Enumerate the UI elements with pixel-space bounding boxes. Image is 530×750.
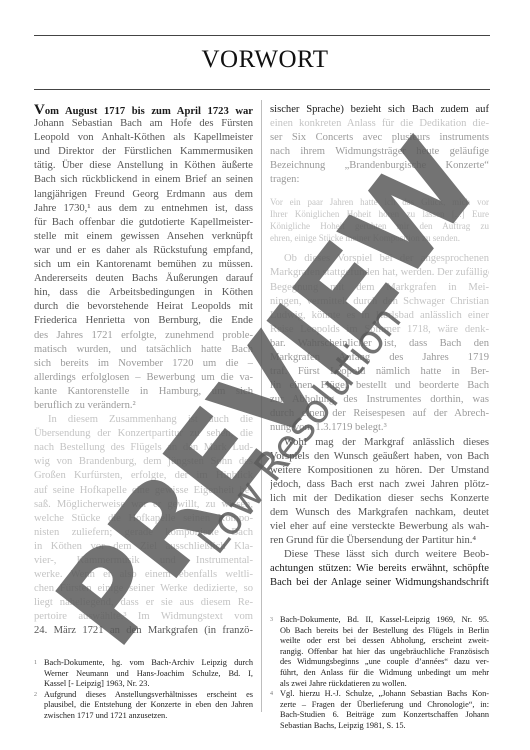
text-line: sich bereits im November 1720 um die – — [34, 357, 253, 371]
text-line: welche Stücke die Hofkapelle seinen Komp… — [34, 512, 253, 526]
top-rule — [34, 35, 490, 36]
text-line: Markgrafen Anfang des Jahres 1719 — [270, 351, 489, 365]
text-line: Übersendung der Konzertpartitur zu sehen… — [34, 427, 253, 441]
right-column-body: Ob dieses Vorspiel bei der angesprochene… — [270, 252, 489, 590]
text-line: Begegnung mit dem Markgrafen in Mei- — [270, 281, 489, 295]
line-text: ehren, einige Stücke meiner Komposition … — [270, 233, 460, 243]
text-line: in Köthen vor dem Ziel ausschließlich Kl… — [34, 540, 253, 554]
text-line: nung vom 1.3.1719 belegt.³ — [270, 421, 489, 435]
text-line: nisten zuliefern; gerade komponierte Bac… — [34, 526, 253, 540]
text-line: pertoire auswählte.³ Im Widmungstext vom — [34, 610, 253, 624]
text-line: durch einen der Reisespesen auf der Abre… — [270, 407, 489, 421]
footnote-line: zerte – Fragen der Überlieferung und Chr… — [280, 700, 489, 711]
text-line: Markgrafen stattgefunden hat, werden. De… — [270, 266, 489, 280]
line-text: viel eher auf eine versteckte Bewerbung … — [270, 521, 489, 532]
text-line: Ihrer Königlichen Hoheit hören zu lassen… — [270, 208, 489, 220]
text-line: zur Abholung des Instrumentes dorthin, w… — [270, 393, 489, 407]
line-text: Jahre 1730,¹ aus dem zu entnehmen ist, d… — [34, 203, 253, 214]
line-text: Ob dieses Vorspiel bei der angesprochene… — [284, 253, 489, 264]
line-text: zur Abholung des Instrumentes dorthin, w… — [270, 394, 489, 405]
line-text: Reise Leopolds im Sommer 1718, wäre denk… — [270, 324, 489, 335]
line-text: durch die bevorstehende Heirat Leopolds … — [34, 301, 253, 312]
line-text: für Bach offenbar die gutdotierte Kapell… — [34, 217, 253, 228]
text-line: Jahre 1730,¹ aus dem zu entnehmen ist, d… — [34, 202, 253, 216]
text-line: Reise Leopolds im Sommer 1718, wäre denk… — [270, 323, 489, 337]
text-line: bar. Wahrscheinlicher ist, dass Bach den — [270, 337, 489, 351]
left-column-body: Vom August 1717 bis zum April 1723 warJo… — [34, 103, 253, 639]
line-text: Friederica Henrietta von Bernburg, die E… — [34, 315, 253, 326]
line-text: ren Grund für die Übersendung der Partit… — [270, 535, 476, 546]
text-line: ningen, vermittelt durch den Schwager Ch… — [270, 295, 489, 309]
line-text: wig von Brandenburg, dem jüngsten Sohn d… — [34, 456, 253, 467]
text-line: durch die bevorstehende Heirat Leopolds … — [34, 300, 253, 314]
line-text: auf seine Hofkapelle eine gewisse Eigenh… — [34, 485, 253, 496]
line-text: chen Fürsten einige seiner Werke dedizie… — [34, 583, 253, 594]
text-line: war und er es daher als Rückstufung empf… — [34, 244, 253, 258]
text-line: achtungen stützen: Wie bereits erwähnt, … — [270, 562, 489, 576]
text-line: viel eher auf eine versteckte Bewerbung … — [270, 520, 489, 534]
line-text: tätig. Über diese Anstellung in Köthen ä… — [34, 160, 253, 171]
line-text: kante Kantorenstelle in Hamburg, um sich — [34, 386, 253, 397]
text-line: beruflich zu verändern.² — [34, 399, 253, 413]
right-column: sischer Sprache) bezieht sich Bach zudem… — [270, 103, 489, 591]
title-bottom-rule — [34, 89, 490, 90]
line-text: nung vom 1.3.1719 belegt.³ — [270, 422, 387, 433]
line-text: einen konkreten Anlass für die Dedikatio… — [270, 118, 489, 129]
text-line: traf. Fürst Leopold nämlich hatte in Ber… — [270, 365, 489, 379]
footnote-line: Bach-Studien 6. Beiträge zum Konzertscha… — [280, 710, 489, 721]
block-quote: Vor ein paar Jahren hatte ich das Glück,… — [270, 196, 489, 245]
line-text: nach ihrem Widmungsträger heute geläufig… — [270, 146, 489, 157]
text-line: auf seine Hofkapelle eine gewisse Eigenh… — [34, 484, 253, 498]
line-text: stelle mit einem gewissen Ansehen verknü… — [34, 231, 253, 242]
text-line: lich mit der Dedikation dieser sechs Kon… — [270, 492, 489, 506]
text-line: liegt naheliegend, dass er sie aus diese… — [34, 596, 253, 610]
line-text: war und er es daher als Rückstufung empf… — [34, 245, 253, 256]
footnote: 4Vgl. hierzu H.-J. Schulze, „Johann Seba… — [270, 689, 489, 731]
line-text: allerdings erfolglosen – Bewerbung um di… — [34, 372, 253, 383]
text-line: Andererseits deuten Bachs Äußerungen dar… — [34, 272, 253, 286]
text-line: und Direktor der Fürstlichen Kammermusik… — [34, 145, 253, 159]
text-line: dem Wunsch des Markgrafen nachkam, deute… — [270, 506, 489, 520]
footnote-line: als zwei Jahre rückdatieren zu wollen. — [280, 679, 489, 690]
line-text: nisten zuliefern; gerade komponierte Bac… — [34, 527, 253, 538]
line-text: und Direktor der Fürstlichen Kammermusik… — [34, 146, 253, 157]
line-text: Bach bei der Anlage seiner Widmungshands… — [270, 577, 489, 588]
line-text: des Jahres 1721 erfolgte, zunehmend prob… — [34, 330, 253, 341]
page-title: VORWORT — [0, 46, 530, 74]
text-line: wig von Brandenburg, dem jüngsten Sohn d… — [34, 455, 253, 469]
line-text: Großen Kurfürsten, erfolgte, der im Hinb… — [34, 470, 253, 481]
footnote-line: Vgl. hierzu H.-J. Schulze, „Johann Sebas… — [280, 689, 489, 700]
line-text: Ludwig, könnte es in Karlsbad anlässlich… — [270, 310, 489, 321]
text-line: weitere Kompositionen zu hören. Der Umst… — [270, 464, 489, 478]
text-line: ehren, einige Stücke meiner Komposition … — [270, 232, 489, 244]
line-text: Leopold von Anhalt-Köthen als Kapellmeis… — [34, 132, 253, 143]
line-text: vier-, Kammermusik und Instrumental- — [34, 555, 253, 566]
line-text: nach Bestellung des Flügels an den Mark … — [34, 442, 253, 453]
line-text: durch einen der Reisespesen auf der Abre… — [270, 408, 489, 419]
drop-cap: V — [34, 103, 45, 117]
line-text: werke. Wenn er also einem ebenfalls welt… — [34, 569, 253, 580]
text-line: chen Fürsten einige seiner Werke dedizie… — [34, 582, 253, 596]
line-text: lich mit der Dedikation dieser sechs Kon… — [270, 493, 489, 504]
text-line: nach ihrem Widmungsträger heute geläufig… — [270, 145, 489, 159]
text-line: Vom August 1717 bis zum April 1723 war — [34, 103, 253, 117]
text-line: Vorspiels den Wunsch geäußert haben, von… — [270, 450, 489, 464]
text-line: Leopold von Anhalt-Köthen als Kapellmeis… — [34, 131, 253, 145]
footnote: 2Aufgrund dieses Anstellungsverhältnisse… — [34, 690, 253, 722]
line-text: om August 1717 bis zum April 1723 war — [45, 106, 253, 117]
line-text: sich bereits im November 1720 um die – — [34, 358, 253, 369]
line-text: Andererseits deuten Bachs Äußerungen dar… — [34, 273, 253, 284]
line-text: achtungen stützen: Wie bereits erwähnt, … — [270, 563, 489, 574]
line-text: welche Stücke die Hofkapelle seinen Komp… — [34, 513, 253, 524]
text-line: Ob dieses Vorspiel bei der angesprochene… — [270, 252, 489, 266]
line-text: bar. Wahrscheinlicher ist, dass Bach den — [270, 338, 489, 349]
footnote-line: Kassel [- Leipzig] 1963, Nr. 23. — [44, 679, 253, 690]
footnote-line: Werner Neumann und Hans-Joachim Schulze,… — [44, 669, 253, 680]
footnote-number: 4 — [270, 689, 273, 700]
line-text: langjährigen Freund Georg Erdmann aus de… — [34, 189, 253, 200]
footnote-line: rangig. Offenbar hat hier das ungebräuch… — [280, 647, 489, 658]
line-text: Begegnung mit dem Markgrafen in Mei- — [270, 282, 489, 293]
text-line: hin, dass die Arbeitsbedingungen in Köth… — [34, 286, 253, 300]
text-line: Vor ein paar Jahren hatte ich das Glück,… — [270, 196, 489, 208]
footnote-line: Bach-Dokumente, hg. vom Bach-Archiv Leip… — [44, 658, 253, 669]
text-line: vier-, Kammermusik und Instrumental- — [34, 554, 253, 568]
line-text: dem Wunsch des Markgrafen nachkam, deute… — [270, 507, 489, 518]
text-line: ren Grund für die Übersendung der Partit… — [270, 534, 489, 548]
text-line: sischer Sprache) bezieht sich Bach zudem… — [270, 103, 489, 117]
text-line: Friederica Henrietta von Bernburg, die E… — [34, 314, 253, 328]
text-line: In diesem Zusammenhang ist auch die — [34, 413, 253, 427]
line-text: sich um ein Kantorenamt bemühen zu müsse… — [34, 259, 253, 270]
text-line: des Jahres 1721 erfolgte, zunehmend prob… — [34, 329, 253, 343]
footnote-line: Sebastian Bachs, Leipzig 1981, S. 15. — [280, 721, 489, 732]
line-text: liegt naheliegend, dass er sie aus diese… — [34, 597, 253, 608]
line-text: 24. März 1721 an den Markgrafen (in fran… — [34, 625, 253, 636]
text-line: Großen Kurfürsten, erfolgte, der im Hinb… — [34, 469, 253, 483]
line-text: pertoire auswählte.³ Im Widmungstext vom — [34, 611, 253, 622]
line-text: tragen: — [270, 174, 299, 185]
footnote: 1Bach-Dokumente, hg. vom Bach-Archiv Lei… — [34, 658, 253, 690]
footnote-line: Aufgrund dieses Anstellungsverhältnisses… — [44, 690, 253, 701]
line-text: Königliche Hoheit geruhten mir den Auftr… — [270, 221, 489, 231]
text-line: Königliche Hoheit geruhten mir den Auftr… — [270, 220, 489, 232]
line-text: beruflich zu verändern.² — [34, 400, 136, 411]
line-text: matisch wurden, und tatsächlich hatte Ba… — [34, 344, 253, 355]
right-footnotes: 3Bach-Dokumente, Bd. II, Kassel-Leipzig … — [270, 615, 489, 732]
line-text: lin einen Flügel bestellt und beorderte … — [270, 380, 489, 391]
text-line: langjährigen Freund Georg Erdmann aus de… — [34, 188, 253, 202]
text-line: sich um ein Kantorenamt bemühen zu müsse… — [34, 258, 253, 272]
footnote-line: weilte oder erst bei dessen Abholung, er… — [280, 636, 489, 647]
text-line: Ludwig, könnte es in Karlsbad anlässlich… — [270, 309, 489, 323]
line-text: Vorspiels den Wunsch geäußert haben, von… — [270, 451, 489, 462]
line-text: saß. Möglicherweise war er gewillt, zu w… — [34, 499, 253, 510]
line-text: Bach sich rückblickend in einem Brief an… — [34, 174, 253, 185]
text-line: einen konkreten Anlass für die Dedikatio… — [270, 117, 489, 131]
line-text: Ihrer Königlichen Hoheit hören zu lassen… — [270, 209, 489, 219]
text-line: Bach sich rückblickend in einem Brief an… — [34, 173, 253, 187]
text-line: tätig. Über diese Anstellung in Köthen ä… — [34, 159, 253, 173]
footnote-line: plausibel, die Entstehung der Konzerte i… — [44, 700, 253, 711]
footnote-number: 2 — [34, 690, 37, 701]
line-text: in Köthen vor dem Ziel ausschließlich Kl… — [34, 541, 253, 552]
line-text: sischer Sprache) bezieht sich Bach zudem… — [270, 104, 489, 115]
line-text: Bezeichnung „Brandenburgische Konzerte“ — [270, 160, 489, 171]
footnote-line: des Widmungsbeginns „une couple d’années… — [280, 657, 489, 668]
text-line: Bach bei der Anlage seiner Widmungshands… — [270, 576, 489, 590]
text-line: ser Six Concerts avec plusieurs instrume… — [270, 131, 489, 145]
text-line: Wohl mag der Markgraf anlässlich dieses — [270, 436, 489, 450]
text-line: nach Bestellung des Flügels an den Mark … — [34, 441, 253, 455]
footnote: 3Bach-Dokumente, Bd. II, Kassel-Leipzig … — [270, 615, 489, 689]
text-line: für Bach offenbar die gutdotierte Kapell… — [34, 216, 253, 230]
line-text: hin, dass die Arbeitsbedingungen in Köth… — [34, 287, 253, 298]
line-text: Übersendung der Konzertpartitur zu sehen… — [34, 428, 253, 439]
text-line: saß. Möglicherweise war er gewillt, zu w… — [34, 498, 253, 512]
footnote-line: Ob Bach bereits bei der Bestellung des F… — [280, 626, 489, 637]
text-line: allerdings erfolglosen – Bewerbung um di… — [34, 371, 253, 385]
line-text: ningen, vermittelt durch den Schwager Ch… — [270, 296, 489, 307]
line-text: Wohl mag der Markgraf anlässlich dieses — [284, 437, 489, 448]
footnote-number: 3 — [270, 615, 273, 626]
text-line: tragen: — [270, 173, 489, 187]
text-line: kante Kantorenstelle in Hamburg, um sich — [34, 385, 253, 399]
footnote-line: zwischen 1717 und 1721 anzusetzen. — [44, 711, 253, 722]
line-text: ser Six Concerts avec plusieurs instrume… — [270, 132, 489, 143]
column-divider — [261, 100, 262, 712]
line-text: jedoch, dass Bach erst nach zwei Jahren … — [270, 479, 489, 490]
line-text: Johann Sebastian Bach am Hofe des Fürste… — [34, 118, 253, 129]
text-line: Johann Sebastian Bach am Hofe des Fürste… — [34, 117, 253, 131]
text-line: matisch wurden, und tatsächlich hatte Ba… — [34, 343, 253, 357]
footnote-number: 1 — [34, 658, 37, 669]
line-text: weitere Kompositionen zu hören. Der Umst… — [270, 465, 489, 476]
line-text: Diese These lässt sich durch weitere Beo… — [284, 549, 489, 560]
footnote-line: Bach-Dokumente, Bd. II, Kassel-Leipzig 1… — [280, 615, 489, 626]
left-column: Vom August 1717 bis zum April 1723 warJo… — [34, 103, 253, 639]
text-line: werke. Wenn er also einem ebenfalls welt… — [34, 568, 253, 582]
line-text: traf. Fürst Leopold nämlich hatte in Ber… — [270, 366, 489, 377]
footnote-line: führt, den Anlass für die Widmung unbedi… — [280, 668, 489, 679]
document-page: VORWORT Vom August 1717 bis zum April 17… — [0, 0, 530, 750]
line-text: In diesem Zusammenhang ist auch die — [48, 414, 253, 425]
line-text: Markgrafen stattgefunden hat, werden. De… — [270, 267, 489, 278]
left-footnotes: 1Bach-Dokumente, hg. vom Bach-Archiv Lei… — [34, 658, 253, 722]
line-text: Markgrafen Anfang des Jahres 1719 — [270, 352, 489, 363]
text-line: 24. März 1721 an den Markgrafen (in fran… — [34, 624, 253, 638]
text-line: Bezeichnung „Brandenburgische Konzerte“ — [270, 159, 489, 173]
line-text: Vor ein paar Jahren hatte ich das Glück,… — [270, 197, 489, 207]
text-line: stelle mit einem gewissen Ansehen verknü… — [34, 230, 253, 244]
right-column-body-intro: sischer Sprache) bezieht sich Bach zudem… — [270, 103, 489, 188]
text-line: Diese These lässt sich durch weitere Beo… — [270, 548, 489, 562]
text-line: jedoch, dass Bach erst nach zwei Jahren … — [270, 478, 489, 492]
text-line: lin einen Flügel bestellt und beorderte … — [270, 379, 489, 393]
